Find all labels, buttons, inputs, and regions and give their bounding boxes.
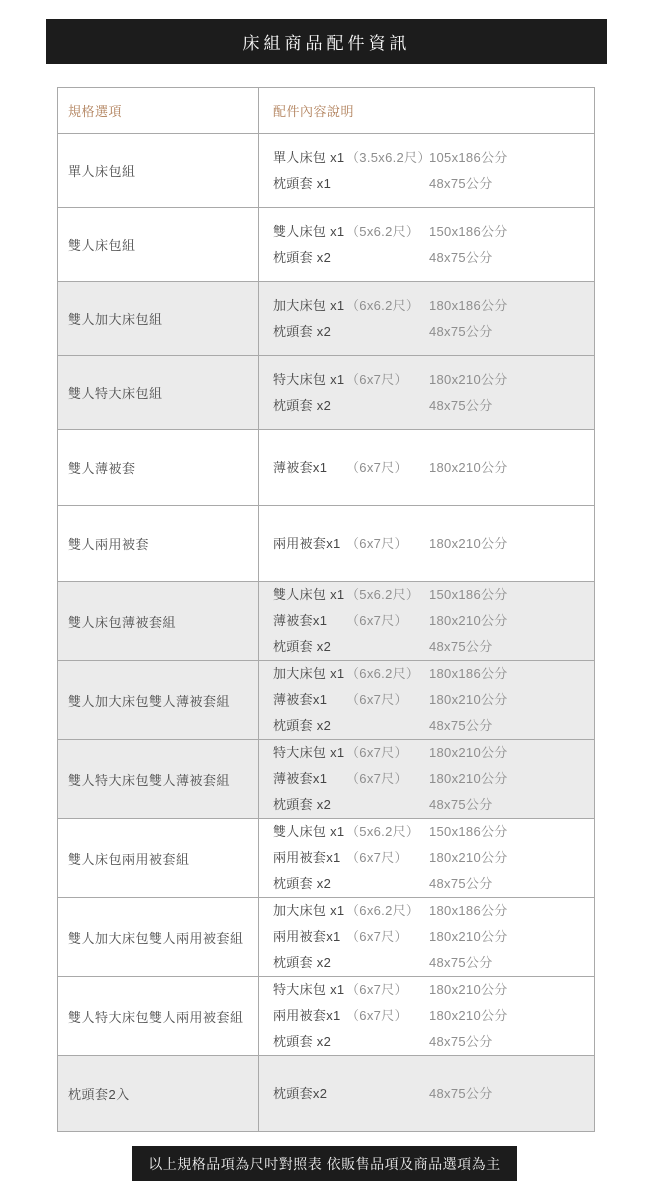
accessory-line: 枕頭套 x248x75公分 <box>273 950 594 976</box>
item-size-tai-feet: （6x7尺） <box>346 766 429 792</box>
accessory-line: 枕頭套 x248x75公分 <box>273 713 594 739</box>
spec-option-label: 雙人床包兩用被套組 <box>58 819 258 897</box>
table-row: 雙人床包組 雙人床包 x1（5x6.2尺）150x186公分枕頭套 x248x7… <box>58 208 594 282</box>
item-name: 枕頭套 x2 <box>273 871 346 897</box>
item-size-cm: 48x75公分 <box>429 871 493 897</box>
item-name: 雙人床包 x1 <box>273 819 346 845</box>
accessory-line: 特大床包 x1（6x7尺）180x210公分 <box>273 367 594 393</box>
accessory-line: 枕頭套 x248x75公分 <box>273 871 594 897</box>
accessory-line: 枕頭套 x248x75公分 <box>273 1029 594 1055</box>
accessory-line: 薄被套x1（6x7尺）180x210公分 <box>273 766 594 792</box>
item-size-cm: 180x186公分 <box>429 661 508 687</box>
accessory-line: 特大床包 x1（6x7尺）180x210公分 <box>273 977 594 1003</box>
item-size-cm: 180x210公分 <box>429 766 508 792</box>
item-size-tai-feet: （6x6.2尺） <box>346 661 429 687</box>
accessory-line: 枕頭套 x248x75公分 <box>273 634 594 660</box>
item-size-cm: 180x210公分 <box>429 455 508 481</box>
item-size-cm: 150x186公分 <box>429 219 508 245</box>
item-size-cm: 150x186公分 <box>429 582 508 608</box>
item-size-tai-feet: （6x6.2尺） <box>346 293 429 319</box>
spec-option-label: 雙人加大床包雙人兩用被套組 <box>58 898 258 976</box>
table-header-row: 規格選項 配件內容說明 <box>58 88 594 134</box>
accessory-line: 枕頭套 x248x75公分 <box>273 245 594 271</box>
title-bar: 床組商品配件資訊 <box>46 19 607 64</box>
item-size-tai-feet: （6x7尺） <box>346 845 429 871</box>
item-size-cm: 150x186公分 <box>429 819 508 845</box>
table-row: 雙人床包兩用被套組 雙人床包 x1（5x6.2尺）150x186公分兩用被套x1… <box>58 819 594 898</box>
item-size-cm: 48x75公分 <box>429 1029 493 1055</box>
item-name: 薄被套x1 <box>273 687 346 713</box>
item-size-cm: 180x210公分 <box>429 687 508 713</box>
item-size-tai-feet: （3.5x6.2尺） <box>346 145 429 171</box>
item-size-tai-feet: （6x7尺） <box>346 531 429 557</box>
item-size-tai-feet <box>346 319 429 345</box>
spec-option-label: 雙人特大床包組 <box>58 356 258 429</box>
item-size-cm: 48x75公分 <box>429 634 493 660</box>
accessory-detail-cell: 單人床包 x1（3.5x6.2尺）105x186公分枕頭套 x148x75公分 <box>258 134 594 207</box>
accessory-line: 枕頭套 x248x75公分 <box>273 319 594 345</box>
table-row: 雙人特大床包組 特大床包 x1（6x7尺）180x210公分枕頭套 x248x7… <box>58 356 594 430</box>
column-header-accessory: 配件內容說明 <box>258 88 594 133</box>
item-size-cm: 180x186公分 <box>429 293 508 319</box>
item-name: 雙人床包 x1 <box>273 582 346 608</box>
item-name: 兩用被套x1 <box>273 531 346 557</box>
item-name: 薄被套x1 <box>273 608 346 634</box>
accessory-line: 特大床包 x1（6x7尺）180x210公分 <box>273 740 594 766</box>
item-size-cm: 180x210公分 <box>429 924 508 950</box>
accessory-line: 薄被套x1（6x7尺）180x210公分 <box>273 455 594 481</box>
table-row: 枕頭套2入 枕頭套x248x75公分 <box>58 1056 594 1131</box>
accessory-line: 雙人床包 x1（5x6.2尺）150x186公分 <box>273 219 594 245</box>
item-size-tai-feet <box>346 1081 429 1107</box>
item-size-tai-feet <box>346 713 429 739</box>
accessory-line: 枕頭套 x148x75公分 <box>273 171 594 197</box>
accessory-detail-cell: 特大床包 x1（6x7尺）180x210公分兩用被套x1（6x7尺）180x21… <box>258 977 594 1055</box>
item-name: 兩用被套x1 <box>273 845 346 871</box>
item-size-cm: 48x75公分 <box>429 713 493 739</box>
item-name: 薄被套x1 <box>273 766 346 792</box>
accessory-line: 兩用被套x1（6x7尺）180x210公分 <box>273 1003 594 1029</box>
spec-option-label: 雙人加大床包雙人薄被套組 <box>58 661 258 739</box>
item-size-tai-feet <box>346 171 429 197</box>
item-name: 枕頭套 x2 <box>273 393 346 419</box>
item-size-tai-feet <box>346 871 429 897</box>
item-size-tai-feet: （6x7尺） <box>346 455 429 481</box>
item-size-cm: 180x210公分 <box>429 977 508 1003</box>
item-size-tai-feet: （6x7尺） <box>346 740 429 766</box>
spec-option-label: 雙人床包薄被套組 <box>58 582 258 660</box>
item-size-tai-feet <box>346 393 429 419</box>
accessory-detail-cell: 加大床包 x1（6x6.2尺）180x186公分兩用被套x1（6x7尺）180x… <box>258 898 594 976</box>
item-name: 兩用被套x1 <box>273 924 346 950</box>
accessory-line: 枕頭套x248x75公分 <box>273 1081 594 1107</box>
item-size-tai-feet: （5x6.2尺） <box>346 219 429 245</box>
accessory-detail-cell: 薄被套x1（6x7尺）180x210公分 <box>258 430 594 505</box>
table-row: 雙人薄被套 薄被套x1（6x7尺）180x210公分 <box>58 430 594 506</box>
accessory-detail-cell: 特大床包 x1（6x7尺）180x210公分枕頭套 x248x75公分 <box>258 356 594 429</box>
item-name: 枕頭套 x2 <box>273 319 346 345</box>
table-row: 雙人兩用被套 兩用被套x1（6x7尺）180x210公分 <box>58 506 594 582</box>
item-size-cm: 180x186公分 <box>429 898 508 924</box>
accessory-line: 雙人床包 x1（5x6.2尺）150x186公分 <box>273 582 594 608</box>
accessory-detail-cell: 兩用被套x1（6x7尺）180x210公分 <box>258 506 594 581</box>
item-name: 枕頭套 x2 <box>273 1029 346 1055</box>
spec-option-label: 雙人兩用被套 <box>58 506 258 581</box>
accessory-detail-cell: 加大床包 x1（6x6.2尺）180x186公分枕頭套 x248x75公分 <box>258 282 594 355</box>
item-size-tai-feet: （6x6.2尺） <box>346 898 429 924</box>
accessory-detail-cell: 雙人床包 x1（5x6.2尺）150x186公分兩用被套x1（6x7尺）180x… <box>258 819 594 897</box>
item-size-cm: 180x210公分 <box>429 367 508 393</box>
spec-option-label: 雙人床包組 <box>58 208 258 281</box>
table-row: 雙人特大床包雙人兩用被套組 特大床包 x1（6x7尺）180x210公分兩用被套… <box>58 977 594 1056</box>
item-size-cm: 180x210公分 <box>429 1003 508 1029</box>
item-size-tai-feet <box>346 245 429 271</box>
table-row: 單人床包組 單人床包 x1（3.5x6.2尺）105x186公分枕頭套 x148… <box>58 134 594 208</box>
accessory-line: 單人床包 x1（3.5x6.2尺）105x186公分 <box>273 145 594 171</box>
column-header-spec: 規格選項 <box>58 88 258 133</box>
footer-note: 以上規格品項為尺吋對照表 依販售品項及商品選項為主 <box>148 1154 500 1174</box>
item-size-tai-feet: （6x7尺） <box>346 608 429 634</box>
item-size-cm: 48x75公分 <box>429 245 493 271</box>
item-size-cm: 180x210公分 <box>429 608 508 634</box>
item-name: 兩用被套x1 <box>273 1003 346 1029</box>
item-name: 薄被套x1 <box>273 455 346 481</box>
item-size-tai-feet <box>346 634 429 660</box>
item-size-cm: 48x75公分 <box>429 792 493 818</box>
accessory-line: 薄被套x1（6x7尺）180x210公分 <box>273 687 594 713</box>
table-row: 雙人床包薄被套組 雙人床包 x1（5x6.2尺）150x186公分薄被套x1（6… <box>58 582 594 661</box>
item-size-cm: 180x210公分 <box>429 845 508 871</box>
item-name: 特大床包 x1 <box>273 740 346 766</box>
table-row: 雙人加大床包雙人兩用被套組 加大床包 x1（6x6.2尺）180x186公分兩用… <box>58 898 594 977</box>
item-name: 加大床包 x1 <box>273 661 346 687</box>
accessory-detail-cell: 特大床包 x1（6x7尺）180x210公分薄被套x1（6x7尺）180x210… <box>258 740 594 818</box>
item-size-cm: 48x75公分 <box>429 171 493 197</box>
accessory-detail-cell: 雙人床包 x1（5x6.2尺）150x186公分薄被套x1（6x7尺）180x2… <box>258 582 594 660</box>
item-name: 加大床包 x1 <box>273 898 346 924</box>
item-name: 枕頭套x2 <box>273 1081 346 1107</box>
accessory-line: 加大床包 x1（6x6.2尺）180x186公分 <box>273 898 594 924</box>
item-name: 枕頭套 x2 <box>273 245 346 271</box>
table-row: 雙人特大床包雙人薄被套組 特大床包 x1（6x7尺）180x210公分薄被套x1… <box>58 740 594 819</box>
item-size-tai-feet <box>346 950 429 976</box>
page-title: 床組商品配件資訊 <box>243 29 411 54</box>
item-name: 加大床包 x1 <box>273 293 346 319</box>
accessory-line: 兩用被套x1（6x7尺）180x210公分 <box>273 924 594 950</box>
spec-option-label: 雙人加大床包組 <box>58 282 258 355</box>
spec-option-label: 單人床包組 <box>58 134 258 207</box>
accessory-detail-cell: 加大床包 x1（6x6.2尺）180x186公分薄被套x1（6x7尺）180x2… <box>258 661 594 739</box>
accessory-line: 枕頭套 x248x75公分 <box>273 792 594 818</box>
item-size-tai-feet: （6x7尺） <box>346 1003 429 1029</box>
accessory-detail-cell: 枕頭套x248x75公分 <box>258 1056 594 1131</box>
accessory-line: 枕頭套 x248x75公分 <box>273 393 594 419</box>
accessory-line: 雙人床包 x1（5x6.2尺）150x186公分 <box>273 819 594 845</box>
spec-option-label: 雙人特大床包雙人兩用被套組 <box>58 977 258 1055</box>
spec-table: 規格選項 配件內容說明 單人床包組 單人床包 x1（3.5x6.2尺）105x1… <box>57 87 595 1132</box>
accessory-line: 兩用被套x1（6x7尺）180x210公分 <box>273 531 594 557</box>
table-row: 雙人加大床包雙人薄被套組 加大床包 x1（6x6.2尺）180x186公分薄被套… <box>58 661 594 740</box>
item-name: 單人床包 x1 <box>273 145 346 171</box>
item-size-cm: 180x210公分 <box>429 531 508 557</box>
item-name: 枕頭套 x2 <box>273 950 346 976</box>
item-name: 枕頭套 x1 <box>273 171 346 197</box>
item-size-tai-feet: （6x7尺） <box>346 367 429 393</box>
footer-bar: 以上規格品項為尺吋對照表 依販售品項及商品選項為主 <box>132 1146 517 1181</box>
item-name: 枕頭套 x2 <box>273 713 346 739</box>
accessory-line: 加大床包 x1（6x6.2尺）180x186公分 <box>273 293 594 319</box>
spec-option-label: 枕頭套2入 <box>58 1056 258 1131</box>
item-size-tai-feet: （5x6.2尺） <box>346 819 429 845</box>
accessory-line: 加大床包 x1（6x6.2尺）180x186公分 <box>273 661 594 687</box>
spec-option-label: 雙人薄被套 <box>58 430 258 505</box>
table-row: 雙人加大床包組 加大床包 x1（6x6.2尺）180x186公分枕頭套 x248… <box>58 282 594 356</box>
item-name: 特大床包 x1 <box>273 977 346 1003</box>
spec-option-label: 雙人特大床包雙人薄被套組 <box>58 740 258 818</box>
item-name: 雙人床包 x1 <box>273 219 346 245</box>
item-name: 枕頭套 x2 <box>273 792 346 818</box>
item-name: 枕頭套 x2 <box>273 634 346 660</box>
item-size-tai-feet: （6x7尺） <box>346 687 429 713</box>
item-size-tai-feet: （6x7尺） <box>346 977 429 1003</box>
item-size-tai-feet: （5x6.2尺） <box>346 582 429 608</box>
item-name: 特大床包 x1 <box>273 367 346 393</box>
item-size-tai-feet <box>346 1029 429 1055</box>
item-size-cm: 48x75公分 <box>429 1081 493 1107</box>
accessory-detail-cell: 雙人床包 x1（5x6.2尺）150x186公分枕頭套 x248x75公分 <box>258 208 594 281</box>
item-size-cm: 105x186公分 <box>429 145 508 171</box>
accessory-line: 薄被套x1（6x7尺）180x210公分 <box>273 608 594 634</box>
item-size-tai-feet: （6x7尺） <box>346 924 429 950</box>
accessory-line: 兩用被套x1（6x7尺）180x210公分 <box>273 845 594 871</box>
item-size-cm: 48x75公分 <box>429 393 493 419</box>
item-size-cm: 48x75公分 <box>429 950 493 976</box>
item-size-tai-feet <box>346 792 429 818</box>
item-size-cm: 48x75公分 <box>429 319 493 345</box>
item-size-cm: 180x210公分 <box>429 740 508 766</box>
